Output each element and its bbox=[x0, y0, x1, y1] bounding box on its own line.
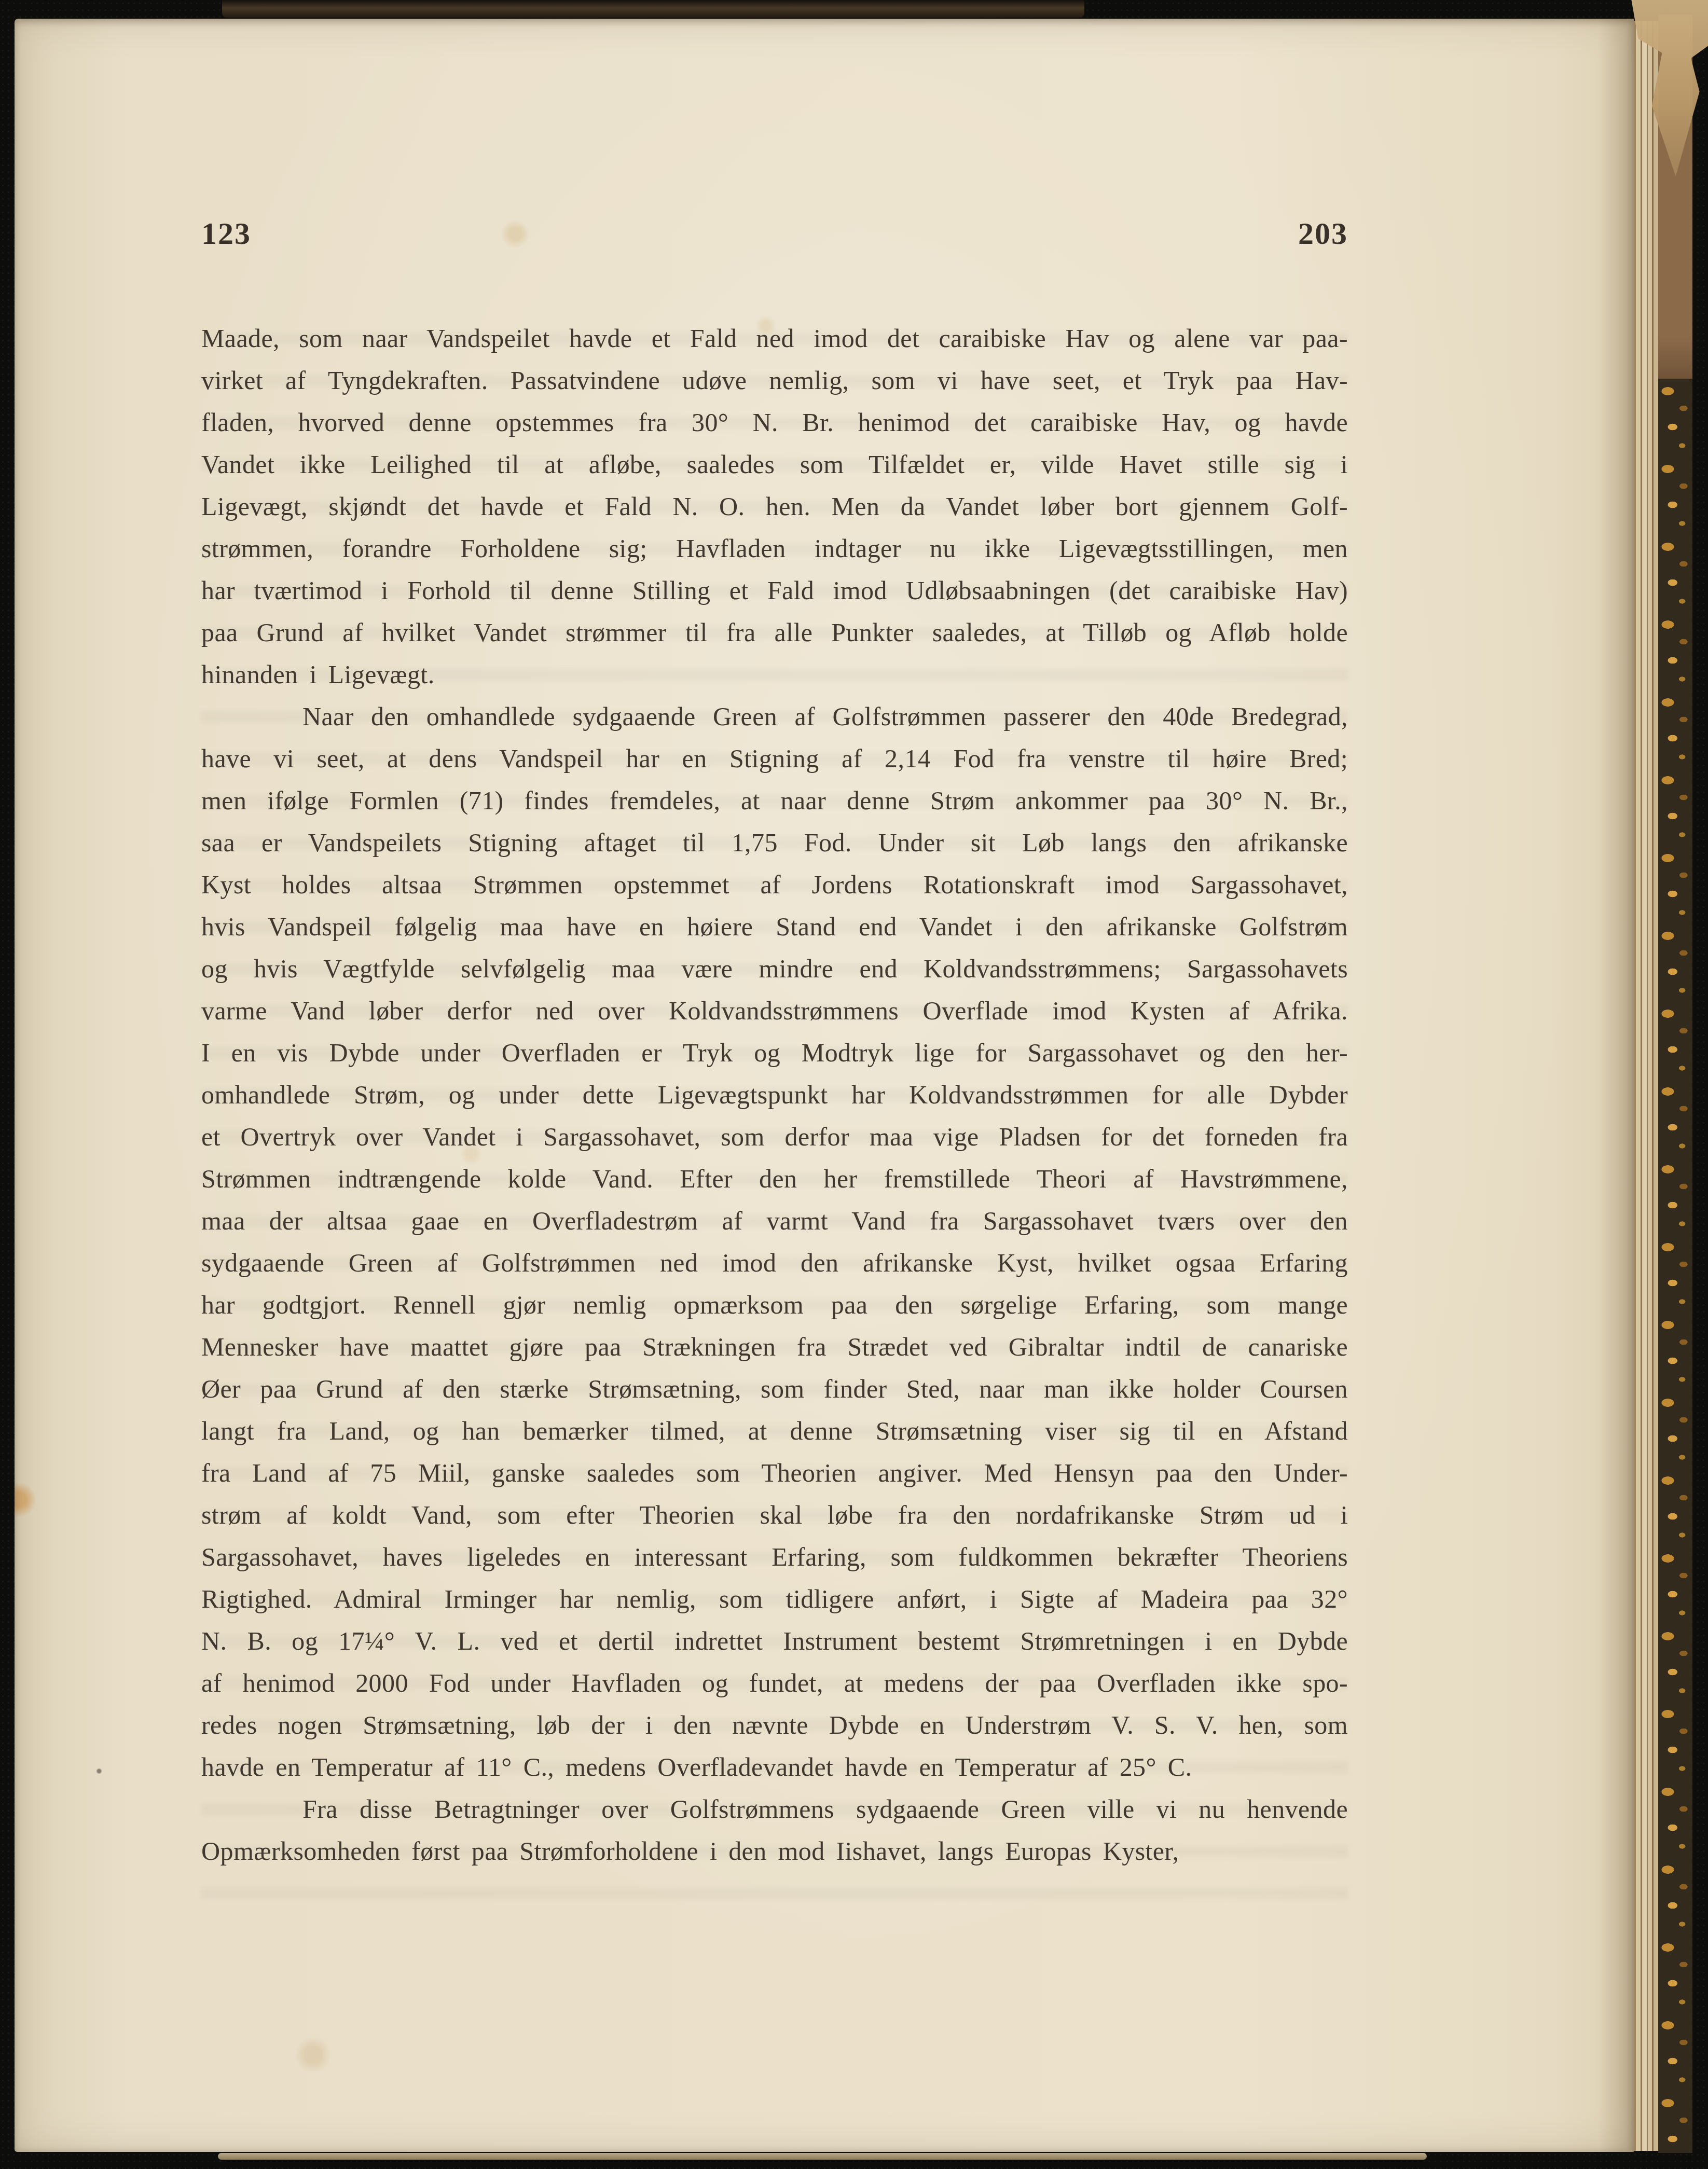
text-line: langt fra Land, og han bemærker tilmed, … bbox=[201, 1410, 1348, 1452]
text-line: af henimod 2000 Fod under Havfladen og f… bbox=[201, 1662, 1348, 1704]
text-line: Naar den omhandlede sydgaaende Green af … bbox=[201, 696, 1348, 738]
text-line: N. B. og 17¼° V. L. ved et dertil indret… bbox=[201, 1620, 1348, 1662]
text-line: redes nogen Strømsætning, løb der i den … bbox=[201, 1704, 1348, 1746]
marbled-cover-paper bbox=[1658, 379, 1692, 2153]
book-head-band bbox=[222, 0, 1084, 18]
text-line: omhandlede Strøm, og under dette Ligevæg… bbox=[201, 1074, 1348, 1116]
text-line: Opmærksomheden først paa Strømforholdene… bbox=[201, 1830, 1348, 1872]
text-line: paa Grund af hvilket Vandet strømmer til… bbox=[201, 612, 1348, 654]
text-line: Vandet ikke Leilighed til at afløbe, saa… bbox=[201, 444, 1348, 486]
text-line: et Overtryk over Vandet i Sargassohavet,… bbox=[201, 1116, 1348, 1158]
text-line: saa er Vandspeilets Stigning aftaget til… bbox=[201, 822, 1348, 864]
text-line: Maade, som naar Vandspeilet havde et Fal… bbox=[201, 317, 1348, 360]
page-fore-edge bbox=[1634, 21, 1658, 2151]
text-line: Strømmen indtrængende kolde Vand. Efter … bbox=[201, 1158, 1348, 1200]
page-number-right: 203 bbox=[1298, 216, 1348, 252]
text-line: Rigtighed. Admiral Irminger har nemlig, … bbox=[201, 1578, 1348, 1620]
text-line: Kyst holdes altsaa Strømmen opstemmet af… bbox=[201, 864, 1348, 906]
text-line: Fra disse Betragtninger over Golfstrømme… bbox=[201, 1788, 1348, 1830]
text-block: Maade, som naar Vandspeilet havde et Fal… bbox=[201, 317, 1348, 1872]
text-line: fra Land af 75 Miil, ganske saaledes som… bbox=[201, 1452, 1348, 1494]
text-line: hinanden i Ligevægt. bbox=[201, 654, 1348, 696]
text-line: maa der altsaa gaae en Overfladestrøm af… bbox=[201, 1200, 1348, 1242]
text-line: strømmen, forandre Forholdene sig; Havfl… bbox=[201, 528, 1348, 570]
text-line: virket af Tyngdekraften. Passatvindene u… bbox=[201, 360, 1348, 402]
text-line: har godtgjort. Rennell gjør nemlig opmær… bbox=[201, 1284, 1348, 1326]
text-line: og hvis Vægtfylde selvfølgelig maa være … bbox=[201, 948, 1348, 990]
bottom-page-edge bbox=[218, 2153, 1427, 2160]
text-line: Ligevægt, skjøndt det havde et Fald N. O… bbox=[201, 486, 1348, 528]
text-line: men ifølge Formlen (71) findes fremdeles… bbox=[201, 780, 1348, 822]
text-line: strøm af koldt Vand, som efter Theorien … bbox=[201, 1494, 1348, 1536]
page-number-left: 123 bbox=[201, 216, 251, 252]
text-line: fladen, hvorved denne opstemmes fra 30° … bbox=[201, 402, 1348, 444]
text-line: Sargassohavet, haves ligeledes en intere… bbox=[201, 1536, 1348, 1578]
text-line: havde en Temperatur af 11° C., medens Ov… bbox=[201, 1746, 1348, 1788]
scanned-book-photo: { "colors": { "paper": "#e8decb", "ink":… bbox=[0, 0, 1708, 2169]
text-line: har tværtimod i Forhold til denne Stilli… bbox=[201, 570, 1348, 612]
text-line: sydgaaende Green af Golfstrømmen ned imo… bbox=[201, 1242, 1348, 1284]
text-line: Øer paa Grund af den stærke Strømsætning… bbox=[201, 1368, 1348, 1410]
text-line: Mennesker have maattet gjøre paa Strækni… bbox=[201, 1326, 1348, 1368]
text-line: I en vis Dybde under Overfladen er Tryk … bbox=[201, 1032, 1348, 1074]
text-line: varme Vand løber derfor ned over Koldvan… bbox=[201, 990, 1348, 1032]
page-number-row: 123 203 bbox=[201, 216, 1348, 252]
text-line: have vi seet, at dens Vandspeil har en S… bbox=[201, 738, 1348, 780]
text-line: hvis Vandspeil følgelig maa have en høie… bbox=[201, 906, 1348, 948]
